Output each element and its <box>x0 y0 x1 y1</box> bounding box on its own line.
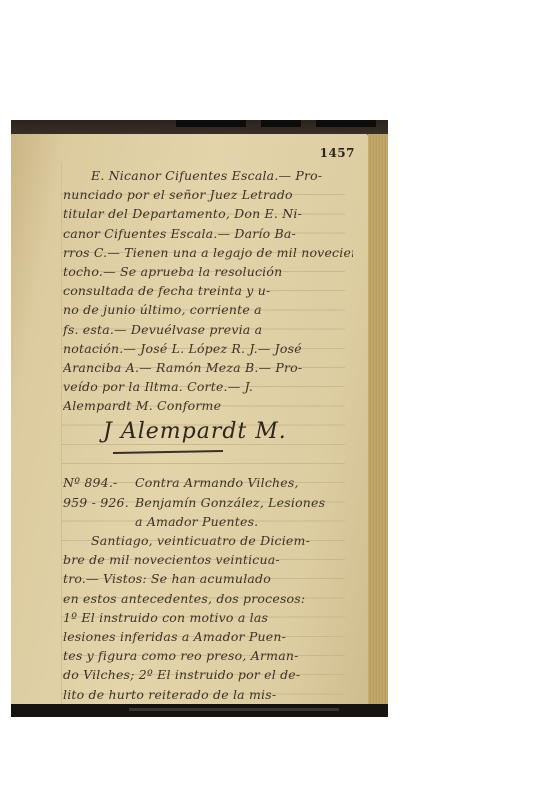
handwritten-text: E. Nicanor Cifuentes Escala.— Pro- nunci… <box>63 166 353 717</box>
text-line: Santiago, veinticuatro de Diciem- <box>63 531 353 550</box>
case-title: a Amador Puentes. <box>135 512 258 531</box>
case-title: Benjamín González, Lesiones <box>135 493 325 512</box>
ledger-page: 1457 E. Nicanor Cifuentes Escala.— Pro- … <box>11 134 368 706</box>
ledger-photo: 1457 E. Nicanor Cifuentes Escala.— Pro- … <box>11 120 388 717</box>
text-line: lito de hurto reiterado de la mis- <box>63 685 353 704</box>
text-line: fs. esta.— Devuélvase previa a <box>63 320 353 339</box>
signature: J Alempardt M. <box>63 415 353 459</box>
text-line: Aranciba A.— Ramón Meza B.— Pro- <box>63 358 353 377</box>
book-bottom-edge <box>11 704 388 717</box>
text-line: E. Nicanor Cifuentes Escala.— Pro- <box>63 166 353 185</box>
text-line: veído por la Iltma. Corte.— J. <box>63 377 353 396</box>
signature-text: J Alempardt M. <box>103 419 287 444</box>
text-line: tes y figura como reo preso, Arman- <box>63 646 353 665</box>
case-header-row: 959 - 926. Benjamín González, Lesiones <box>63 493 353 512</box>
case-number: Nº 894.- <box>63 473 135 492</box>
case-header-row: Nº 894.- Contra Armando Vilches, <box>63 473 353 492</box>
text-line: tro.— Vistos: Se han acumulado <box>63 569 353 588</box>
text-line: tocho.— Se aprueba la resolución <box>63 262 353 281</box>
text-line: consultada de fecha treinta y u- <box>63 281 353 300</box>
case-title: Contra Armando Vilches, <box>135 473 299 492</box>
text-line: Alempardt M. Conforme <box>63 396 353 415</box>
text-line: rros C.— Tienen una a legajo de mil nove… <box>63 243 353 262</box>
text-line: canor Cifuentes Escala.— Darío Ba- <box>63 224 353 243</box>
text-line: titular del Departamento, Don E. Ni- <box>63 204 353 223</box>
page-stack-edge <box>368 134 388 708</box>
folio-number: 1457 <box>320 146 355 160</box>
text-line: 1º El instruido con motivo a las <box>63 608 353 627</box>
case-number: 959 - 926. <box>63 493 135 512</box>
text-line: nunciado por el señor Juez Letrado <box>63 185 353 204</box>
text-line: no de junio último, corriente a <box>63 300 353 319</box>
text-line: en estos antecedentes, dos procesos: <box>63 589 353 608</box>
text-line: notación.— José L. López R. J.— José <box>63 339 353 358</box>
signature-underline <box>113 450 223 454</box>
case-number-spacer <box>63 512 135 531</box>
text-line: lesiones inferidas a Amador Puen- <box>63 627 353 646</box>
case-header-row: a Amador Puentes. <box>63 512 353 531</box>
text-line: do Vilches; 2º El instruido por el de- <box>63 665 353 684</box>
text-line: bre de mil novecientos veinticua- <box>63 550 353 569</box>
